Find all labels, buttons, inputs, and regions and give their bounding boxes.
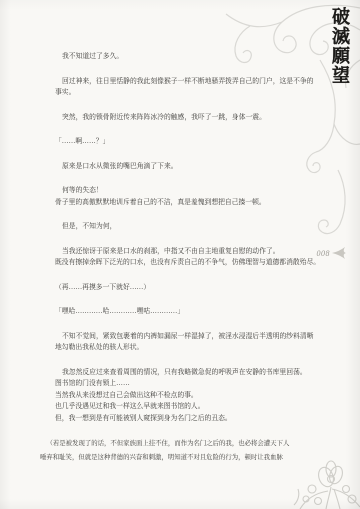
paragraph: 原来是口水从微张的嘴巴角滴了下来。 (55, 161, 327, 173)
text-line: 但是，不知为何， (55, 221, 327, 233)
text-line: 既没有擦掉余晖下泛光的口水，也没有斥责自己的不争气，仿佛理智与道德都消散殆尽。 (55, 257, 327, 269)
text-line: 但，我一想到是有可能被别人窥探到身为名门之后的丑态。 (55, 413, 327, 425)
page-text: 我不知道过了多久。 回过神来，往日里恬静的我此刻像猴子一样不断地骚弄拨弄自己的门… (55, 51, 327, 478)
book-page: 破滅願望 008 我不知道过了多久。 回过神来，往日里恬静的我此刻像猴子一样不断… (0, 0, 360, 509)
text-line: 地勾勒出我私处的骇人形状。 (55, 342, 327, 354)
text-line: 当然我从来没想过自己会做出这种不检点的事。 (55, 390, 327, 402)
book-title: 破滅願望 (327, 7, 353, 85)
text-line: 事实。 (55, 87, 327, 99)
text-line: 骨子里的高傲默默地训斥着自己的不洁，真是羞愧到想把自己揍一顿。 (55, 197, 327, 209)
dialogue-line: 「……啊……？」 (55, 136, 327, 148)
paragraph: 回过神来，往日里恬静的我此刻像猴子一样不断地骚弄拨弄自己的门户，这是不争的 事实… (55, 76, 327, 99)
sparkle-arrow-ornament-icon (332, 247, 346, 259)
paragraph: 突然，我的锁骨附近传来阵阵冰冷的触感，我吓了一跳，身体一震。 (55, 112, 327, 124)
text-line: 不知不觉间，紧致包裹着的内裤如漏尿一样湿掉了，被淫水浸湿后半透明的纱料清晰 (55, 331, 327, 343)
paragraph: 何等的失态！ 骨子里的高傲默默地训斥着自己的不洁，真是羞愧到想把自己揍一顿。 (55, 185, 327, 208)
text-line: 图书馆的门没有锁上…… (55, 378, 327, 390)
paragraph: 我不知道过了多久。 (55, 51, 327, 63)
paragraph: 当我还惊讶于原来是口水的刹那，中指又不由自主地重复自慰的动作了。 既没有擦掉余晖… (55, 246, 327, 269)
thought-line: 唾弃和耻笑，但就是这种背德的兴奋和刺激，明知道不对且危险的行为，顿时让我血脉 (40, 451, 345, 465)
text-line: 我不知道过了多久。 (55, 51, 327, 63)
paragraph: 我忽然反应过来查看周围的情况，只有我略微急促的呼吸声在安静的书库里回荡。 图书馆… (55, 367, 327, 425)
text-line: 回过神来，往日里恬静的我此刻像猴子一样不断地骚弄拨弄自己的门户，这是不争的 (55, 76, 327, 88)
text-line: 我忽然反应过来查看周围的情况，只有我略微急促的呼吸声在安静的书库里回荡。 (55, 367, 327, 379)
dialogue-line: 「嘿哈…………哈…………嘿咕…………」 (55, 306, 327, 318)
text-line: 何等的失态！ (55, 185, 327, 197)
text-line: 也几乎没遇见过和我一样这么早就来图书馆的人。 (55, 401, 327, 413)
thought-line: （再……再摸多一下就好……） (55, 282, 327, 294)
text-line: 突然，我的锁骨附近传来阵阵冰冷的触感，我吓了一跳，身体一震。 (55, 112, 327, 124)
inner-monologue-paragraph: （若是被发现了的话，不但家族面上挂不住，而作为名门之后的我，也必将会遭天下人 唾… (40, 437, 345, 465)
paragraph: 不知不觉间，紧致包裹着的内裤如漏尿一样湿掉了，被淫水浸湿后半透明的纱料清晰 地勾… (55, 331, 327, 354)
text-line: 原来是口水从微张的嘴巴角滴了下来。 (55, 161, 327, 173)
paragraph: （再……再摸多一下就好……） (55, 282, 327, 294)
paragraph: 但是，不知为何， (55, 221, 327, 233)
paragraph: 「……啊……？」 (55, 136, 327, 148)
text-line: 当我还惊讶于原来是口水的刹那，中指又不由自主地重复自慰的动作了。 (55, 246, 327, 258)
thought-line: （若是被发现了的话，不但家族面上挂不住，而作为名门之后的我，也必将会遭天下人 (40, 437, 345, 451)
paragraph: 「嘿哈…………哈…………嘿咕…………」 (55, 306, 327, 318)
